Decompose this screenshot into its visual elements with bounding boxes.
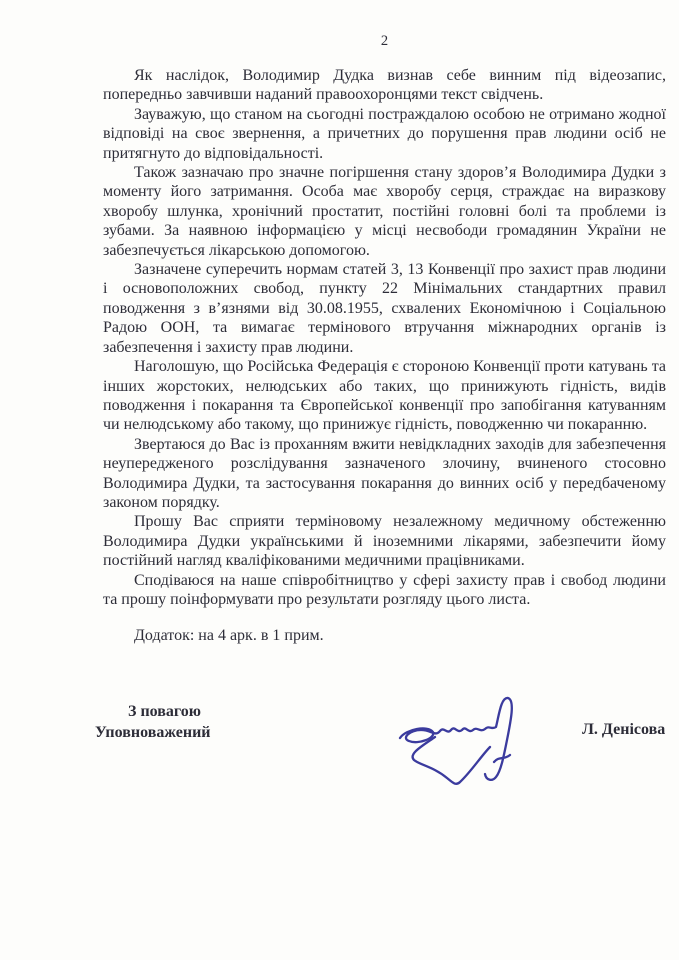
paragraph-request-investigation: Звертаюся до Вас із проханням вжити неві… bbox=[103, 435, 666, 513]
letter-body: Як наслідок, Володимир Дудка визнав себе… bbox=[103, 66, 666, 609]
scanned-letter-page: 2 Як наслідок, Володимир Дудка визнав се… bbox=[0, 0, 679, 960]
paragraph-videotestimony: Як наслідок, Володимир Дудка визнав себе… bbox=[103, 66, 666, 105]
paragraph-health-deterioration: Також зазначаю про значне погіршення ста… bbox=[103, 163, 666, 260]
paragraph-russian-federation-party: Наголошую, що Російська Федерація є стор… bbox=[103, 357, 666, 435]
signature-icon bbox=[390, 685, 525, 805]
attachment-note: Додаток: на 4 арк. в 1 прим. bbox=[134, 627, 324, 645]
paragraph-cooperation-hope: Сподіваюся на наше співробітництво у сфе… bbox=[103, 571, 666, 610]
closing-block: З повагою Уповноважений bbox=[95, 701, 205, 743]
closing-salutation: З повагою bbox=[95, 701, 205, 722]
paragraph-request-medical-exam: Прошу Вас сприяти терміновому незалежном… bbox=[103, 512, 666, 570]
page-number: 2 bbox=[103, 33, 666, 50]
signer-title: Уповноважений bbox=[95, 722, 205, 743]
paragraph-no-response: Зауважую, що станом на сьогодні постражд… bbox=[103, 105, 666, 163]
paragraph-convention-violation: Зазначене суперечить нормам статей 3, 13… bbox=[103, 260, 666, 357]
signer-name: Л. Денісова bbox=[582, 721, 665, 739]
